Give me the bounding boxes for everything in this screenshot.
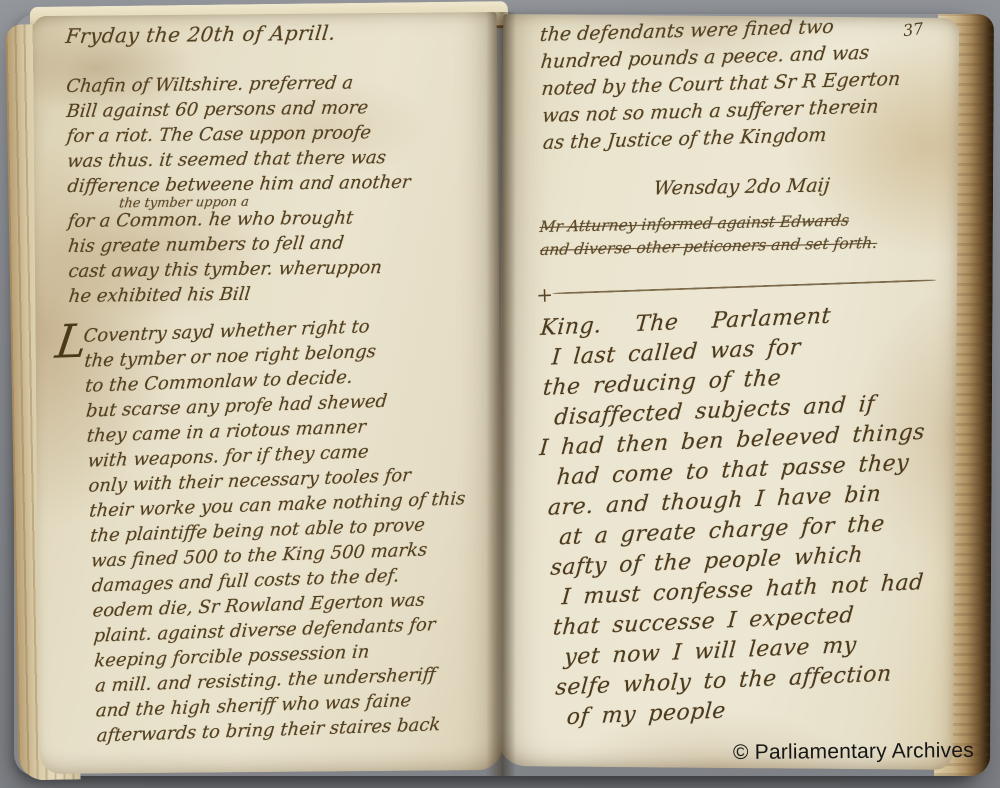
coventry-note-entry: L Coventry sayd whether right tothe tymb… xyxy=(82,310,506,748)
struck-entry: Mr Atturney informed against Edwardsand … xyxy=(538,208,943,262)
page-number: 37 xyxy=(902,19,925,40)
coventry-lines: Coventry sayd whether right tothe tymber… xyxy=(82,310,506,748)
egerton-verdict-entry: the defendants were fined twohundred pou… xyxy=(538,11,946,157)
chafin-case-entry: Chafin of Wiltshire. preferred aBill aga… xyxy=(65,69,492,309)
manuscript-line: he exhibited his Bill xyxy=(67,279,494,309)
separator-rule: + xyxy=(538,272,942,300)
right-date-heading: Wensday 2do Maij xyxy=(538,170,942,204)
chafin-lines-a: Chafin of Wiltshire. preferred aBill aga… xyxy=(65,69,490,199)
left-page-text: Fryday the 20th of Aprill. Chafin of Wil… xyxy=(64,19,497,749)
right-page-text: the defendants were fined twohundred pou… xyxy=(538,22,942,734)
kings-speech-entry: King. The ParlamentI last called was for… xyxy=(538,297,959,734)
right-date-heading-text: Wensday 2do Maij xyxy=(652,172,831,202)
rule-line xyxy=(552,279,936,294)
rule-cross-mark: + xyxy=(536,281,554,309)
manuscript-photo: Fryday the 20th of Aprill. Chafin of Wil… xyxy=(0,0,1000,788)
left-date-heading: Fryday the 20th of Aprill. xyxy=(64,19,491,49)
chafin-lines-b: for a Common. he who broughthis greate n… xyxy=(66,204,491,309)
copyright-watermark: © Parliamentary Archives xyxy=(733,739,974,765)
